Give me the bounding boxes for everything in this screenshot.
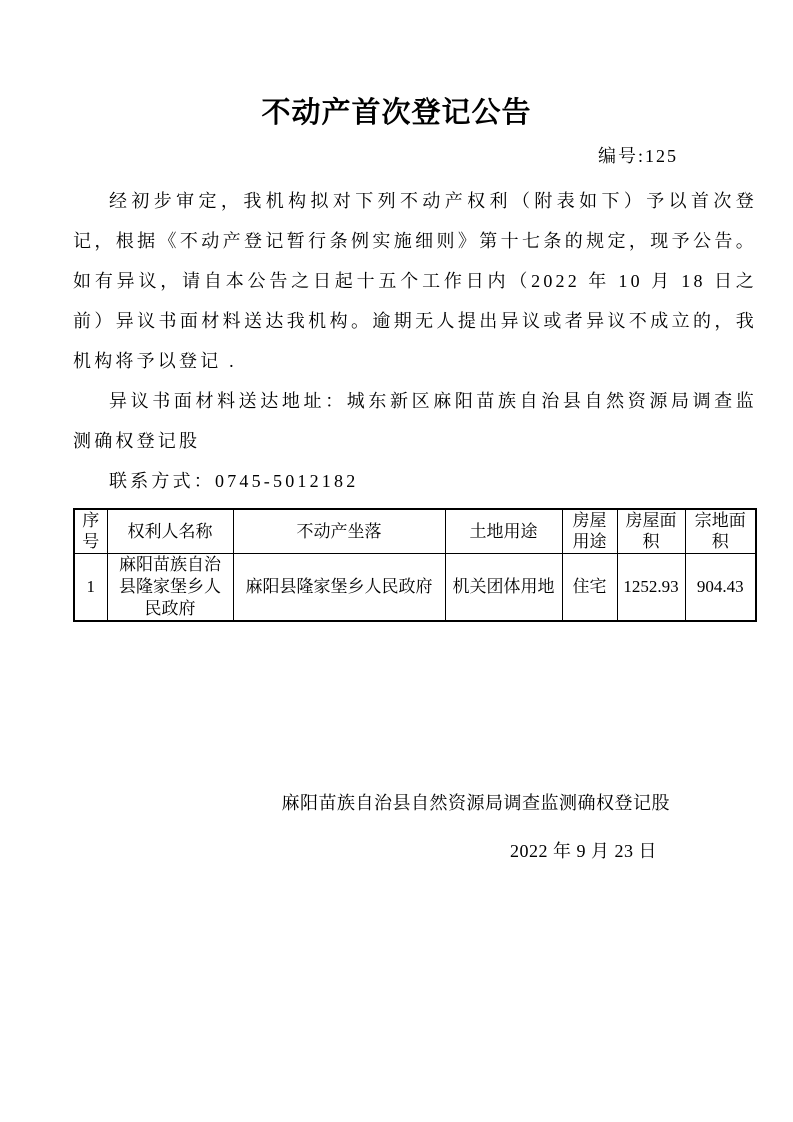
col-header-parcel-area: 宗地面积	[685, 509, 756, 553]
page-title: 不动产首次登记公告	[0, 96, 793, 130]
cell-property-location: 麻阳县隆家堡乡人民政府	[233, 553, 445, 621]
paragraph-contact-phone: 联系方式：0745-5012182	[73, 461, 757, 501]
col-header-land-use: 土地用途	[445, 509, 562, 553]
cell-house-area: 1252.93	[617, 553, 685, 621]
paragraph-objection-address: 异议书面材料送达地址：城东新区麻阳苗族自治县自然资源局调查监测确权登记股	[73, 381, 757, 461]
body-text: 经初步审定，我机构拟对下列不动产权利（附表如下）予以首次登记，根据《不动产登记暂…	[73, 181, 757, 501]
col-header-index: 序号	[74, 509, 107, 553]
cell-house-use: 住宅	[562, 553, 617, 621]
table-header-row: 序号 权利人名称 不动产坐落 土地用途 房屋用途 房屋面积 宗地面积	[74, 509, 756, 553]
doc-number: 编号:125	[0, 143, 793, 169]
cell-index: 1	[74, 553, 107, 621]
issuer-signature: 麻阳苗族自治县自然资源局调查监测确权登记股	[0, 790, 793, 816]
col-header-house-area: 房屋面积	[617, 509, 685, 553]
table-row: 1 麻阳苗族自治县隆家堡乡人民政府 麻阳县隆家堡乡人民政府 机关团体用地 住宅 …	[74, 553, 756, 621]
cell-rights-holder: 麻阳苗族自治县隆家堡乡人民政府	[107, 553, 233, 621]
document-page: 不动产首次登记公告 编号:125 经初步审定，我机构拟对下列不动产权利（附表如下…	[0, 0, 793, 1122]
col-header-rights-holder: 权利人名称	[107, 509, 233, 553]
col-header-house-use: 房屋用途	[562, 509, 617, 553]
cell-parcel-area: 904.43	[685, 553, 756, 621]
cell-land-use: 机关团体用地	[445, 553, 562, 621]
paragraph-intro: 经初步审定，我机构拟对下列不动产权利（附表如下）予以首次登记，根据《不动产登记暂…	[73, 181, 757, 381]
col-header-property-location: 不动产坐落	[233, 509, 445, 553]
cell-rights-holder-text: 麻阳苗族自治县隆家堡乡人民政府	[118, 554, 222, 620]
registration-table: 序号 权利人名称 不动产坐落 土地用途 房屋用途 房屋面积 宗地面积 1 麻阳苗…	[73, 508, 757, 622]
issue-date: 2022 年 9 月 23 日	[0, 838, 793, 864]
